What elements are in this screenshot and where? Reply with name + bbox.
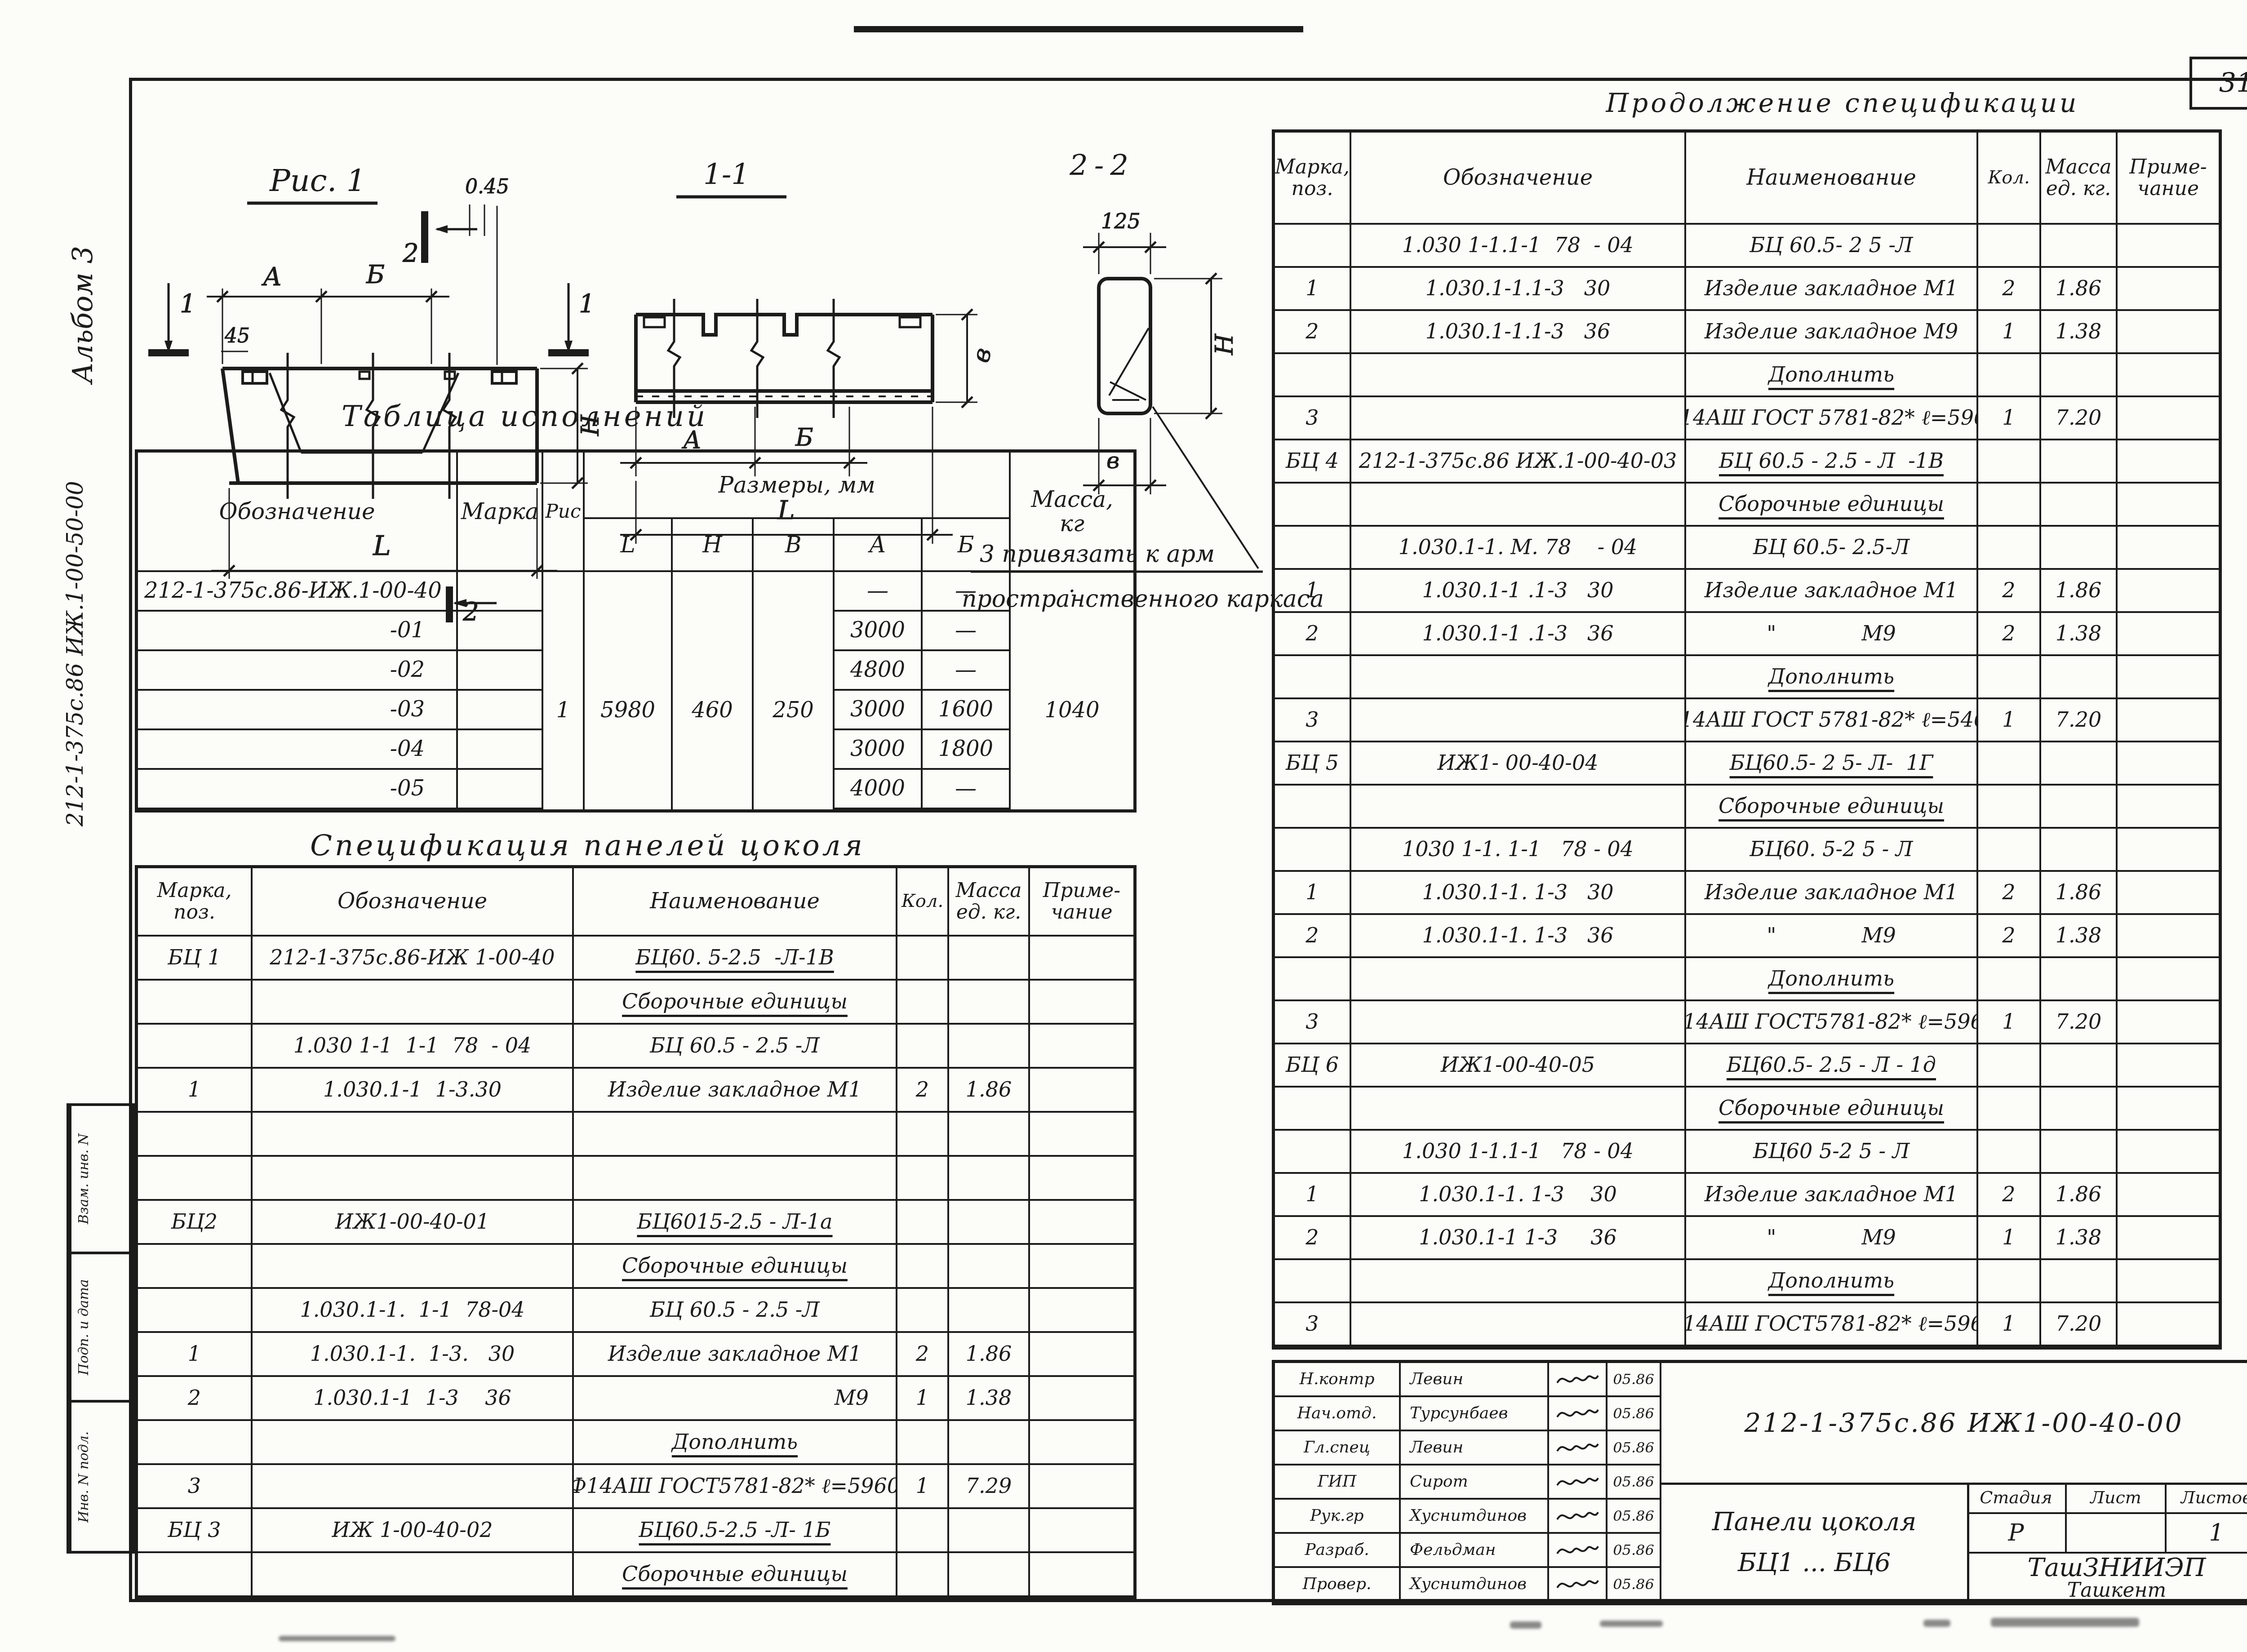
- spec-cell-mass: 1.38: [949, 1377, 1030, 1421]
- spec-cell-name: Ф14АШ ГОСТ5781-82* ℓ=5960: [574, 1465, 897, 1509]
- exec-col-l: L: [585, 519, 673, 572]
- spec-cell-mark: 3: [138, 1465, 253, 1509]
- spec2-cell-designation: [1351, 1001, 1686, 1044]
- spec2-cell-mass: 1.38: [2041, 311, 2118, 354]
- spec2-cell-qty: 1: [1978, 699, 2041, 742]
- spec2-cell-mark: 1: [1275, 268, 1351, 311]
- spec2-table: Марка, поз. Обозначение Наименование Кол…: [1272, 129, 2222, 1350]
- spec2-cell-qty: 2: [1978, 915, 2041, 958]
- exec-col-designation: Обозначение: [138, 453, 458, 572]
- exec-col-mark: Марка: [458, 453, 543, 572]
- dim-45: 45: [221, 324, 250, 351]
- spec2-cell-mark: [1275, 1260, 1351, 1303]
- spec2-cell-note: [2118, 311, 2219, 354]
- spec2-cell-designation: [1351, 786, 1686, 829]
- spec-cell-qty: [897, 1553, 949, 1597]
- exec-col-fig: Рис: [543, 453, 585, 572]
- exec-cell-fig: [543, 572, 585, 612]
- dim-h-right: Н: [1154, 273, 1239, 419]
- exec-cell-mass: [1011, 770, 1133, 809]
- svg-text:А: А: [261, 262, 282, 292]
- spec2-cell-qty: [1978, 829, 2041, 872]
- spec2-cell-mass: [2041, 958, 2118, 1001]
- spec-col-mass: Масса ед. кг.: [949, 868, 1030, 937]
- spec2-col-mark: Марка, поз.: [1275, 133, 1351, 225]
- spec2-cell-mark: 1: [1275, 570, 1351, 613]
- spec2-cell-note: [2118, 440, 2219, 484]
- exec-cell-h: [673, 770, 754, 809]
- spec2-cell-mark: БЦ 4: [1275, 440, 1351, 484]
- svg-text:Рис. 1: Рис. 1: [269, 163, 366, 199]
- spec2-cell-name: Сборочные единицы: [1686, 786, 1978, 829]
- spec2-cell-designation: [1351, 656, 1686, 699]
- title-block-stage: Стадия Лист Листов Р 1 ТашЗНИИЭП Ташкент: [1967, 1483, 2247, 1602]
- signature-squiggle: [1555, 1574, 1600, 1594]
- signature-name: Хуснитдинов: [1401, 1568, 1549, 1602]
- spec-col-note-line1: Приме-: [1043, 880, 1120, 901]
- spec2-cell-note: [2118, 613, 2219, 656]
- spec2-cell-note: [2118, 527, 2219, 570]
- spec2-cell-designation: 1.030.1-1 .1-3 30: [1351, 570, 1686, 613]
- spec2-cell-note: [2118, 1044, 2219, 1088]
- spec2-cell-mark: 3: [1275, 1303, 1351, 1346]
- spec-cell-mark: БЦ2: [138, 1201, 253, 1245]
- exec-cell-l: [585, 612, 673, 651]
- spec-cell-mass: [949, 1553, 1030, 1597]
- subject-line1: Панели цоколя: [1712, 1507, 1916, 1537]
- spec-cell-mass: [949, 1509, 1030, 1553]
- svg-text:1: 1: [180, 289, 196, 319]
- svg-text:Н: Н: [1210, 333, 1239, 355]
- dim-0-45: 0.45: [465, 175, 509, 365]
- spec2-cell-mass: 1.38: [2041, 1217, 2118, 1260]
- exec-cell-a: 4000: [835, 770, 923, 809]
- signature-name: Левин: [1401, 1363, 1549, 1397]
- spec-cell-mass: 7.29: [949, 1465, 1030, 1509]
- sheet-value: [2067, 1514, 2167, 1554]
- title-block-doc-number: 212-1-375с.86 ИЖ1-00-40-00: [1661, 1363, 2247, 1485]
- spec2-cell-qty: 2: [1978, 872, 2041, 915]
- title-block: Н.контр Левин 05.86 Нач.отд. Турсунбаев: [1272, 1360, 2247, 1605]
- exec-cell-designation: -02: [138, 651, 458, 691]
- signature-role: Разраб.: [1275, 1534, 1401, 1568]
- spec-cell-designation: 1.030 1-1 1-1 78 - 04: [253, 1025, 574, 1069]
- spec2-cell-mass: [2041, 440, 2118, 484]
- spec2-cell-note: [2118, 915, 2219, 958]
- section-cut-1-right: 1: [548, 283, 595, 353]
- top-trim-mark: [854, 26, 1303, 32]
- spec-cell-mark: [138, 981, 253, 1025]
- spec2-cell-designation: 1.030.1-1 1-3 36: [1351, 1217, 1686, 1260]
- signature-name: Турсунбаев: [1401, 1397, 1549, 1431]
- section-2-2-title: 2-2: [1069, 149, 1135, 182]
- spec-cell-mark: [138, 1113, 253, 1157]
- spec2-cell-note: [2118, 484, 2219, 527]
- spec-cell-note: [1030, 1069, 1133, 1113]
- exec-cell-b: —: [923, 612, 1011, 651]
- spec2-cell-qty: 1: [1978, 311, 2041, 354]
- spec2-cell-mark: 2: [1275, 311, 1351, 354]
- signature-squiggle: [1555, 1438, 1600, 1457]
- spec-cell-name: Дополнить: [574, 1421, 897, 1465]
- signature-role: Рук.гр: [1275, 1500, 1401, 1534]
- margin-doc-number: 212-1-375с.86 ИЖ.1-00-50-00: [50, 467, 100, 840]
- spec-cell-name: [574, 1113, 897, 1157]
- spec-cell-name: БЦ60.5-2.5 -Л- 1Б: [574, 1509, 897, 1553]
- exec-cell-fig: [543, 651, 585, 691]
- spec2-cell-mark: 3: [1275, 699, 1351, 742]
- spec-cell-name: БЦ 60.5 - 2.5 -Л: [574, 1025, 897, 1069]
- spec2-cell-name: БЦ60.5- 2.5 - Л - 1д: [1686, 1044, 1978, 1088]
- signature-name: Левин: [1401, 1431, 1549, 1465]
- spec2-cell-name: Изделие закладное М1: [1686, 872, 1978, 915]
- exec-cell-l: [585, 651, 673, 691]
- organization-name: ТашЗНИИЭП: [2028, 1555, 2206, 1581]
- spec2-cell-designation: 212-1-375с.86 ИЖ.1-00-40-03: [1351, 440, 1686, 484]
- signature-name: Хуснитдинов: [1401, 1500, 1549, 1534]
- spec-cell-note: [1030, 1465, 1133, 1509]
- spec2-cell-designation: 1.030.1-1 .1-3 36: [1351, 613, 1686, 656]
- spec2-cell-name: Ф14АШ ГОСТ5781-82* ℓ=5960: [1686, 1001, 1978, 1044]
- spec-cell-designation: 212-1-375с.86-ИЖ 1-00-40: [253, 937, 574, 981]
- spec2-cell-designation: 1.030 1-1.1-1 78 - 04: [1351, 1131, 1686, 1174]
- signature-name: Сирот: [1401, 1465, 1549, 1500]
- signature-date: 05.86: [1608, 1431, 1661, 1465]
- spec-cell-note: [1030, 1421, 1133, 1465]
- spec2-cell-note: [2118, 225, 2219, 268]
- spec2-cell-name: " М9: [1686, 613, 1978, 656]
- spec-cell-qty: [897, 1201, 949, 1245]
- spec-cell-designation: [253, 1113, 574, 1157]
- spec2-cell-qty: [1978, 656, 2041, 699]
- exec-cell-b: 1800: [923, 730, 1011, 770]
- spec-cell-name: Сборочные единицы: [574, 1245, 897, 1289]
- spec2-cell-name: Дополнить: [1686, 958, 1978, 1001]
- exec-cell-b: —: [923, 572, 1011, 612]
- spec2-cell-name: Изделие закладное М9: [1686, 311, 1978, 354]
- spec-cell-qty: [897, 1421, 949, 1465]
- spec-cell-name: [574, 1157, 897, 1201]
- spec2-cell-mark: 2: [1275, 1217, 1351, 1260]
- spec2-cell-mass: [2041, 527, 2118, 570]
- spec2-cell-designation: [1351, 699, 1686, 742]
- svg-text:45: 45: [224, 324, 250, 347]
- scan-smudge: [1510, 1621, 1541, 1629]
- spec-cell-designation: [253, 1553, 574, 1597]
- spec2-cell-note: [2118, 958, 2219, 1001]
- spec2-cell-designation: 1.030.1-1. 1-3 36: [1351, 915, 1686, 958]
- spec-cell-name: Изделие закладное М1: [574, 1069, 897, 1113]
- svg-text:1-1: 1-1: [703, 158, 750, 191]
- spec2-cell-designation: 1.030.1-1.1-3 36: [1351, 311, 1686, 354]
- spec2-cell-note: [2118, 354, 2219, 397]
- subject-line2: БЦ1 ... БЦ6: [1738, 1548, 1891, 1577]
- spec2-col-mass-line2: ед. кг.: [2046, 178, 2111, 200]
- spec2-cell-mass: 7.20: [2041, 1303, 2118, 1346]
- spec-cell-mass: 1.86: [949, 1069, 1030, 1113]
- spec-cell-qty: [897, 1245, 949, 1289]
- spec2-cell-note: [2118, 1260, 2219, 1303]
- spec2-col-name: Наименование: [1686, 133, 1978, 225]
- spec-cell-mark: [138, 1421, 253, 1465]
- spec-cell-qty: 1: [897, 1465, 949, 1509]
- spec-cell-mark: 1: [138, 1069, 253, 1113]
- spec2-cell-mark: [1275, 958, 1351, 1001]
- spec2-col-mass-line1: Масса: [2046, 156, 2112, 178]
- svg-text:1: 1: [579, 289, 595, 319]
- spec2-cell-name: БЦ 60.5 - 2.5 - Л -1В: [1686, 440, 1978, 484]
- spec-cell-mark: [138, 1553, 253, 1597]
- exec-cell-mass: [1011, 651, 1133, 691]
- sheets-value: 1: [2167, 1514, 2247, 1554]
- spec-col-qty: Кол.: [897, 868, 949, 937]
- exec-col-mass-line2: кг: [1060, 511, 1084, 536]
- spec2-cell-name: Ф14АШ ГОСТ 5781-82* ℓ=5960: [1686, 397, 1978, 440]
- exec-cell-designation: -03: [138, 691, 458, 730]
- spec-col-name: Наименование: [574, 868, 897, 937]
- exec-cell-l: [585, 572, 673, 612]
- spec2-caption: Продолжение спецификации: [1461, 88, 2225, 118]
- spec2-cell-name: БЦ60 5-2 5 - Л: [1686, 1131, 1978, 1174]
- spec-cell-mark: 2: [138, 1377, 253, 1421]
- spec2-cell-qty: 2: [1978, 613, 2041, 656]
- spec-cell-note: [1030, 1333, 1133, 1377]
- exec-cell-h: [673, 730, 754, 770]
- spec-cell-note: [1030, 937, 1133, 981]
- spec2-cell-note: [2118, 872, 2219, 915]
- spec-cell-qty: [897, 1025, 949, 1069]
- exec-cell-b: —: [923, 770, 1011, 809]
- exec-cell-fig: 1: [543, 691, 585, 730]
- spec2-cell-note: [2118, 699, 2219, 742]
- scan-smudge: [1923, 1620, 1950, 1627]
- spec-cell-note: [1030, 1245, 1133, 1289]
- spec2-cell-qty: 1: [1978, 1217, 2041, 1260]
- svg-text:125: 125: [1101, 209, 1141, 233]
- spec2-cell-mass: [2041, 354, 2118, 397]
- exec-cell-fig: [543, 612, 585, 651]
- exec-cell-v: [754, 572, 835, 612]
- organization: ТашЗНИИЭП Ташкент: [1967, 1554, 2247, 1602]
- spec2-cell-mark: 3: [1275, 1001, 1351, 1044]
- spec-cell-designation: 1.030.1-1. 1-3. 30: [253, 1333, 574, 1377]
- exec-cell-a: 3000: [835, 730, 923, 770]
- title-block-subject: Панели цоколя БЦ1 ... БЦ6: [1661, 1483, 1969, 1602]
- spec2-cell-name: Дополнить: [1686, 1260, 1978, 1303]
- spec-cell-qty: 2: [897, 1333, 949, 1377]
- signature-autograph: [1549, 1465, 1608, 1500]
- exec-col-mass-line1: Масса,: [1031, 487, 1113, 511]
- spec2-cell-mass: [2041, 1088, 2118, 1131]
- sheets-header: Листов: [2167, 1483, 2247, 1514]
- exec-cell-a: 4800: [835, 651, 923, 691]
- spec2-cell-designation: 1.030.1-1. М. 78 - 04: [1351, 527, 1686, 570]
- spec-col-note-line2: чание: [1051, 901, 1113, 923]
- signature-role: Нач.отд.: [1275, 1397, 1401, 1431]
- spec2-cell-designation: 1.030.1-1. 1-3 30: [1351, 1174, 1686, 1217]
- spec-cell-mass: [949, 937, 1030, 981]
- spec2-cell-qty: [1978, 1131, 2041, 1174]
- spec2-cell-designation: [1351, 1088, 1686, 1131]
- scan-smudge: [279, 1636, 395, 1641]
- exec-cell-v: 250: [754, 691, 835, 730]
- margin-album-label: Альбом 3: [58, 189, 107, 440]
- spec2-cell-qty: [1978, 1044, 2041, 1088]
- spec2-col-mass: Масса ед. кг.: [2041, 133, 2118, 225]
- exec-cell-l: [585, 730, 673, 770]
- spec2-cell-mark: БЦ 6: [1275, 1044, 1351, 1088]
- exec-cell-mark: [458, 651, 543, 691]
- spec-cell-qty: [897, 1509, 949, 1553]
- spec2-cell-name: Дополнить: [1686, 354, 1978, 397]
- spec2-cell-mass: [2041, 656, 2118, 699]
- section-cut-1-left: 1: [148, 283, 196, 353]
- spec2-cell-mass: 1.86: [2041, 268, 2118, 311]
- spec2-cell-designation: 1030 1-1. 1-1 78 - 04: [1351, 829, 1686, 872]
- spec2-cell-name: Дополнить: [1686, 656, 1978, 699]
- spec-cell-mass: [949, 981, 1030, 1025]
- spec-cell-qty: 2: [897, 1069, 949, 1113]
- spec-cell-mark: [138, 1245, 253, 1289]
- figure-1-title: Рис. 1: [247, 163, 377, 203]
- exec-cell-designation: 212-1-375с.86-ИЖ.1-00-40: [138, 572, 458, 612]
- exec-col-h: Н: [673, 519, 754, 572]
- signature-squiggle: [1555, 1369, 1600, 1389]
- spec2-cell-qty: 1: [1978, 1001, 2041, 1044]
- spec2-cell-name: Ф14АШ ГОСТ5781-82* ℓ=5960: [1686, 1303, 1978, 1346]
- exec-cell-b: 1600: [923, 691, 1011, 730]
- spec2-cell-name: БЦ60.5- 2 5- Л- 1Г: [1686, 742, 1978, 786]
- spec2-cell-mass: 7.20: [2041, 1001, 2118, 1044]
- signature-date: 05.86: [1608, 1568, 1661, 1602]
- spec2-col-mark-line2: поз.: [1292, 178, 1333, 200]
- spec-cell-qty: [897, 1113, 949, 1157]
- dim-a-b: А Б: [207, 260, 449, 364]
- spec-cell-designation: 1.030.1-1. 1-1 78-04: [253, 1289, 574, 1333]
- spec2-cell-qty: 2: [1978, 570, 2041, 613]
- exec-cell-l: 5980: [585, 691, 673, 730]
- spec2-cell-qty: [1978, 742, 2041, 786]
- exec-table-caption: Таблица исполнений: [342, 400, 708, 433]
- exec-col-sizes: Размеры, мм: [585, 453, 1011, 519]
- exec-cell-h: [673, 651, 754, 691]
- spec-cell-designation: ИЖ 1-00-40-02: [253, 1509, 574, 1553]
- spec2-cell-note: [2118, 656, 2219, 699]
- spec-cell-designation: [253, 1157, 574, 1201]
- spec-cell-mark: БЦ 3: [138, 1509, 253, 1553]
- spec2-cell-mark: 2: [1275, 613, 1351, 656]
- spec2-cell-name: Изделие закладное М1: [1686, 268, 1978, 311]
- spec2-cell-mass: [2041, 225, 2118, 268]
- exec-cell-fig: [543, 730, 585, 770]
- spec2-cell-mass: [2041, 484, 2118, 527]
- signature-date: 05.86: [1608, 1534, 1661, 1568]
- spec-col-designation: Обозначение: [253, 868, 574, 937]
- scan-smudge: [1991, 1618, 2139, 1627]
- exec-col-mass: Масса, кг: [1011, 453, 1133, 572]
- signature-role: Н.контр: [1275, 1363, 1401, 1397]
- spec-cell-mass: [949, 1113, 1030, 1157]
- spec2-cell-mark: [1275, 656, 1351, 699]
- svg-text:0.45: 0.45: [465, 175, 509, 198]
- spec-cell-mark: [138, 1289, 253, 1333]
- spec-col-note: Приме- чание: [1030, 868, 1133, 937]
- spec2-cell-mark: 1: [1275, 872, 1351, 915]
- spec2-cell-name: Ф14АШ ГОСТ 5781-82* ℓ=5460: [1686, 699, 1978, 742]
- spec2-cell-qty: [1978, 1088, 2041, 1131]
- spec2-cell-name: БЦ60. 5-2 5 - Л: [1686, 829, 1978, 872]
- spec-cell-note: [1030, 1553, 1133, 1597]
- spec2-cell-mark: 1: [1275, 1174, 1351, 1217]
- spec2-cell-name: Сборочные единицы: [1686, 484, 1978, 527]
- stage-value: Р: [1967, 1514, 2067, 1554]
- spec2-cell-mass: [2041, 1260, 2118, 1303]
- spec2-cell-mark: [1275, 786, 1351, 829]
- signature-role: Провер.: [1275, 1568, 1401, 1602]
- spec-cell-designation: [253, 1465, 574, 1509]
- margin-stamp-column: Взам. инв. N Подп. и дата Инв. N подл.: [67, 1103, 135, 1554]
- svg-text:2: 2: [402, 239, 419, 268]
- spec2-cell-mark: [1275, 225, 1351, 268]
- signature-autograph: [1549, 1500, 1608, 1534]
- spec2-cell-mass: [2041, 829, 2118, 872]
- exec-cell-a: 3000: [835, 612, 923, 651]
- svg-text:Б: Б: [366, 260, 385, 289]
- spec2-cell-mark: 3: [1275, 397, 1351, 440]
- spec2-cell-qty: [1978, 354, 2041, 397]
- spec-cell-designation: ИЖ1-00-40-01: [253, 1201, 574, 1245]
- spec2-cell-designation: ИЖ1-00-40-05: [1351, 1044, 1686, 1088]
- spec2-cell-qty: [1978, 786, 2041, 829]
- spec2-cell-mark: 2: [1275, 915, 1351, 958]
- spec-cell-qty: [897, 981, 949, 1025]
- signature-squiggle: [1555, 1472, 1600, 1492]
- spec2-cell-mass: 1.86: [2041, 570, 2118, 613]
- spec2-cell-mass: 7.20: [2041, 397, 2118, 440]
- spec-cell-designation: [253, 1421, 574, 1465]
- spec-cell-note: [1030, 1377, 1133, 1421]
- spec2-cell-name: БЦ 60.5- 2 5 -Л: [1686, 225, 1978, 268]
- spec-cell-note: [1030, 1201, 1133, 1245]
- exec-cell-h: 460: [673, 691, 754, 730]
- spec-cell-name: Сборочные единицы: [574, 1553, 897, 1597]
- spec2-cell-qty: [1978, 1260, 2041, 1303]
- spec2-cell-note: [2118, 1088, 2219, 1131]
- spec2-cell-mass: 1.38: [2041, 915, 2118, 958]
- signature-squiggle: [1555, 1506, 1600, 1526]
- spec2-cell-name: Изделие закладное М1: [1686, 1174, 1978, 1217]
- spec2-cell-note: [2118, 786, 2219, 829]
- signature-date: 05.86: [1608, 1397, 1661, 1431]
- spec2-cell-note: [2118, 1131, 2219, 1174]
- exec-cell-mark: [458, 730, 543, 770]
- spec2-cell-mark: БЦ 5: [1275, 742, 1351, 786]
- spec-col-mark-line2: поз.: [173, 901, 215, 923]
- spec2-cell-designation: 1.030.1-1. 1-3 30: [1351, 872, 1686, 915]
- spec2-cell-name: БЦ 60.5- 2.5-Л: [1686, 527, 1978, 570]
- spec-cell-mark: 1: [138, 1333, 253, 1377]
- exec-cell-v: [754, 730, 835, 770]
- spec2-cell-designation: 1.030.1-1.1-3 30: [1351, 268, 1686, 311]
- spec2-cell-designation: [1351, 484, 1686, 527]
- exec-cell-mass: [1011, 612, 1133, 651]
- spec2-cell-mass: [2041, 1044, 2118, 1088]
- spec2-cell-mark: [1275, 1131, 1351, 1174]
- spec2-cell-name: Изделие закладное М1: [1686, 570, 1978, 613]
- stamp-cell-vzam: Взам. инв. N: [69, 1106, 132, 1254]
- stamp-label-vzam: Взам. инв. N: [69, 1106, 96, 1252]
- spec2-cell-note: [2118, 1174, 2219, 1217]
